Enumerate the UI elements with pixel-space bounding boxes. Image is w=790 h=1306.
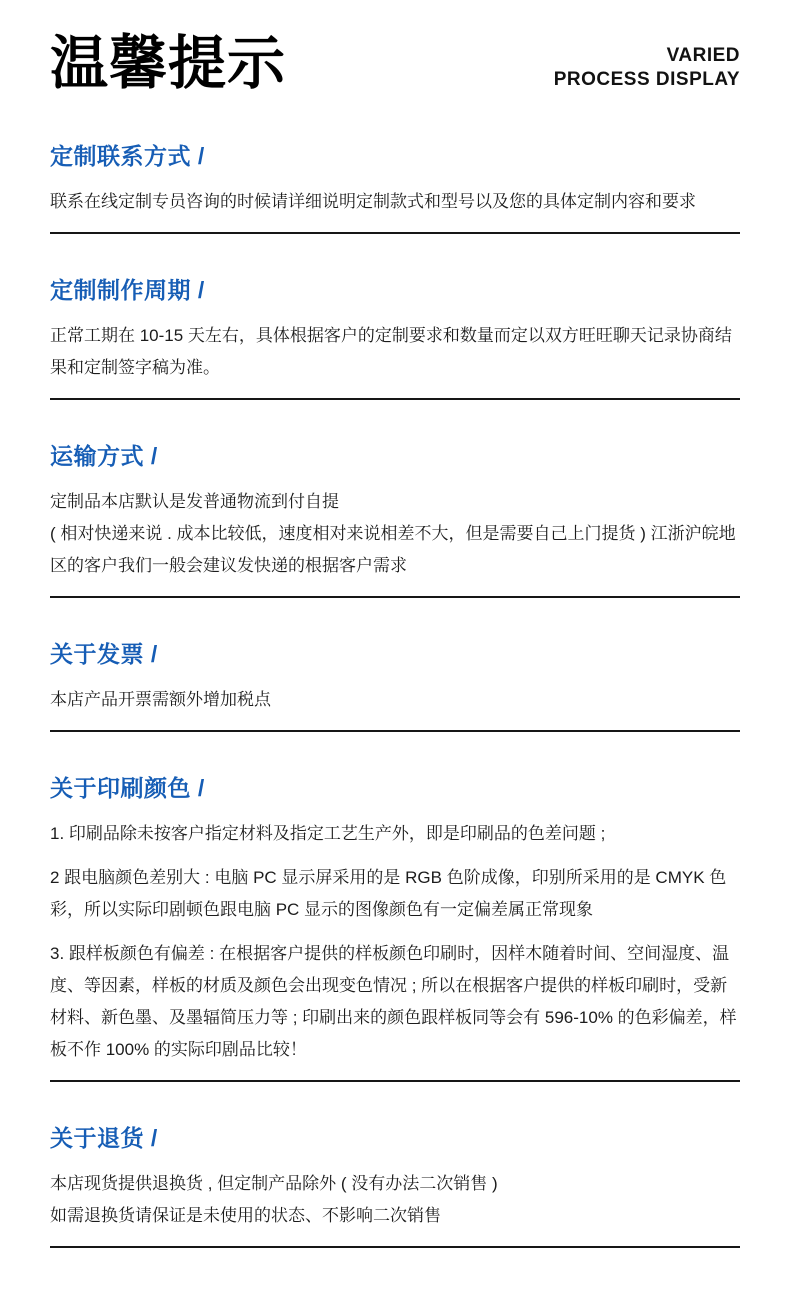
page-title: 温馨提示 — [50, 28, 286, 100]
section-divider — [50, 596, 740, 598]
section-body-invoice: 本店产品开票需额外增加税点 — [50, 684, 740, 716]
section-body-returns: 本店现货提供退换货 , 但定制产品除外 ( 没有办法二次销售 )如需退换货请保证… — [50, 1168, 740, 1232]
paragraph: 正常工期在 10-15 天左右，具体根据客户的定制要求和数量而定以双方旺旺聊天记… — [50, 320, 740, 384]
tagline-line-2: PROCESS DISPLAY — [554, 68, 740, 92]
section-print-color: 关于印刷颜色 / 1. 印刷品除未按客户指定材料及指定工艺生产外，即是印刷品的色… — [50, 774, 740, 1082]
paragraph: 如需退换货请保证是未使用的状态、不影响二次销售 — [50, 1200, 740, 1232]
section-production-period: 定制制作周期 / 正常工期在 10-15 天左右，具体根据客户的定制要求和数量而… — [50, 276, 740, 400]
paragraph: 联系在线定制专员咨询的时候请详细说明定制款式和型号以及您的具体定制内容和要求 — [50, 186, 740, 218]
section-returns: 关于退货 / 本店现货提供退换货 , 但定制产品除外 ( 没有办法二次销售 )如… — [50, 1124, 740, 1248]
section-divider — [50, 232, 740, 234]
tagline-line-1: VARIED — [554, 44, 740, 68]
section-custom-contact: 定制联系方式 / 联系在线定制专员咨询的时候请详细说明定制款式和型号以及您的具体… — [50, 142, 740, 234]
section-body-shipping-method: 定制品本店默认是发普通物流到付自提( 相对快递来说 . 成本比较低，速度相对来说… — [50, 486, 740, 582]
section-heading-production-period: 定制制作周期 / — [50, 276, 740, 304]
paragraph: 本店产品开票需额外增加税点 — [50, 684, 740, 716]
section-heading-custom-contact: 定制联系方式 / — [50, 142, 740, 170]
paragraph: 1. 印刷品除未按客户指定材料及指定工艺生产外，即是印刷品的色差问题 ; — [50, 818, 740, 850]
section-divider — [50, 1246, 740, 1248]
page-tagline: VARIED PROCESS DISPLAY — [554, 44, 740, 92]
section-shipping-method: 运输方式 / 定制品本店默认是发普通物流到付自提( 相对快递来说 . 成本比较低… — [50, 442, 740, 598]
section-body-production-period: 正常工期在 10-15 天左右，具体根据客户的定制要求和数量而定以双方旺旺聊天记… — [50, 320, 740, 384]
notice-page: 温馨提示 VARIED PROCESS DISPLAY 定制联系方式 / 联系在… — [0, 0, 790, 1306]
section-heading-returns: 关于退货 / — [50, 1124, 740, 1152]
section-heading-print-color: 关于印刷颜色 / — [50, 774, 740, 802]
section-body-custom-contact: 联系在线定制专员咨询的时候请详细说明定制款式和型号以及您的具体定制内容和要求 — [50, 186, 740, 218]
section-divider — [50, 1080, 740, 1082]
section-body-print-color: 1. 印刷品除未按客户指定材料及指定工艺生产外，即是印刷品的色差问题 ;2 跟电… — [50, 818, 740, 1066]
paragraph: ( 相对快递来说 . 成本比较低，速度相对来说相差不大，但是需要自己上门提货 )… — [50, 518, 740, 582]
section-invoice: 关于发票 / 本店产品开票需额外增加税点 — [50, 640, 740, 732]
paragraph: 3. 跟样板颜色有偏差 : 在根据客户提供的样板颜色印刷时，因样木随着时间、空间… — [50, 938, 740, 1066]
section-heading-shipping-method: 运输方式 / — [50, 442, 740, 470]
page-header: 温馨提示 VARIED PROCESS DISPLAY — [50, 28, 740, 100]
paragraph: 定制品本店默认是发普通物流到付自提 — [50, 486, 740, 518]
section-divider — [50, 730, 740, 732]
paragraph: 本店现货提供退换货 , 但定制产品除外 ( 没有办法二次销售 ) — [50, 1168, 740, 1200]
section-heading-invoice: 关于发票 / — [50, 640, 740, 668]
paragraph: 2 跟电脑颜色差别大 : 电脑 PC 显示屏采用的是 RGB 色阶成像，印别所采… — [50, 862, 740, 926]
section-divider — [50, 398, 740, 400]
